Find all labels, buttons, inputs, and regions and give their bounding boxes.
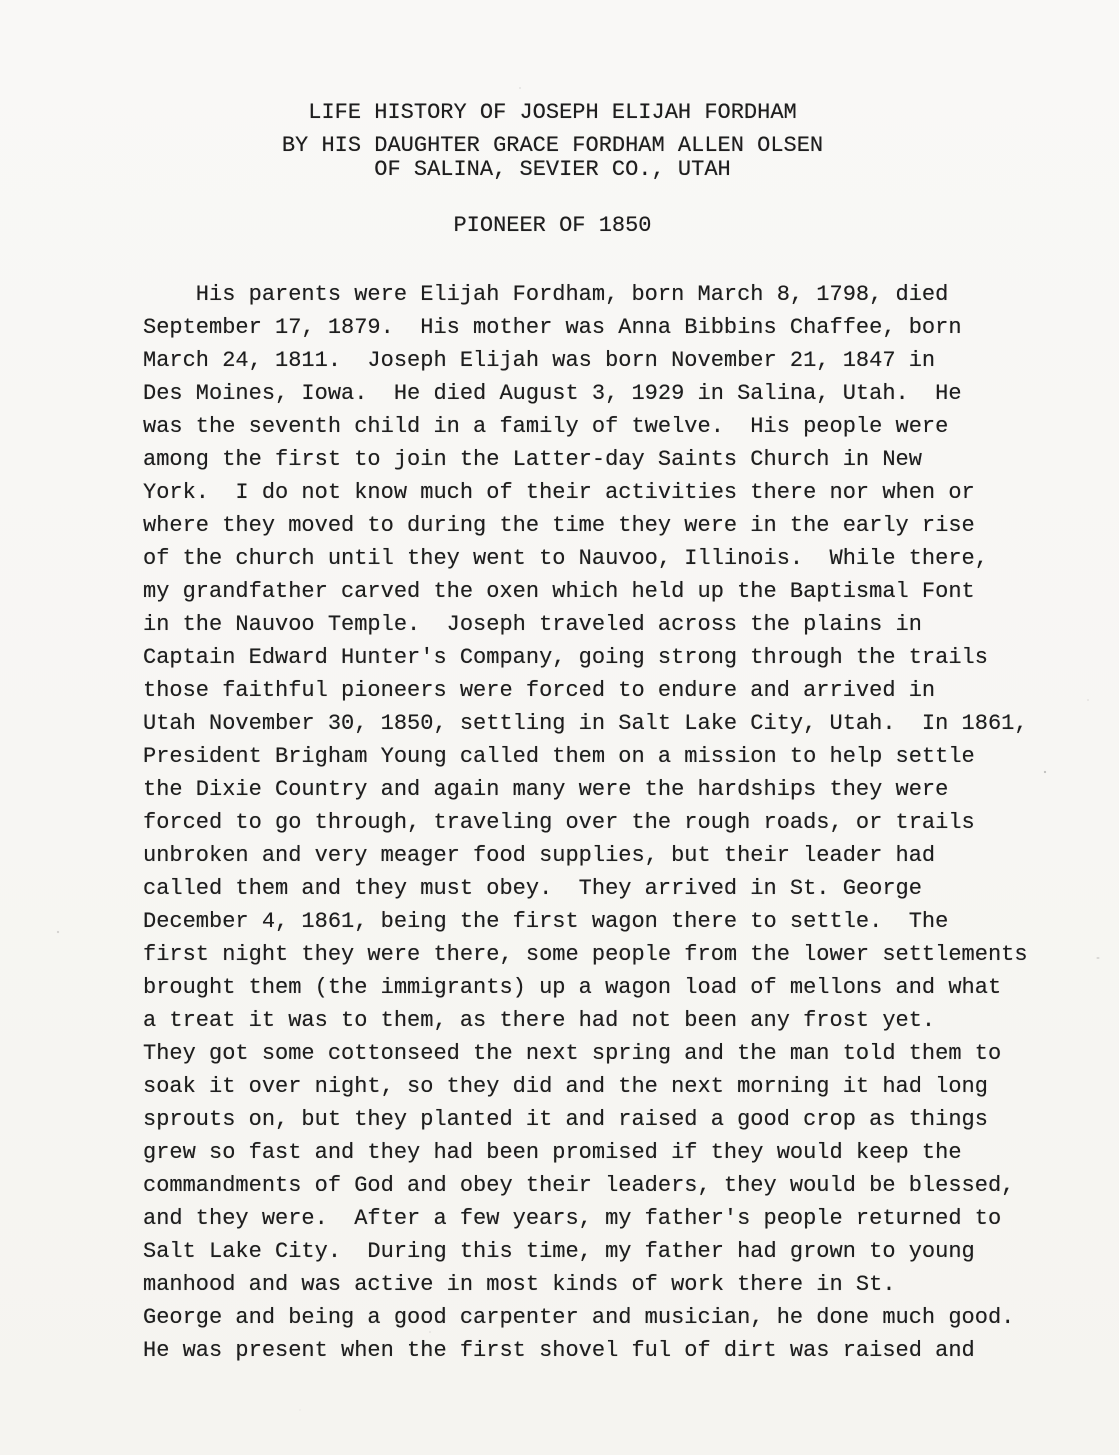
- document-location-line: OF SALINA, SEVIER CO., UTAH: [0, 153, 1105, 186]
- body-line: Des Moines, Iowa. He died August 3, 1929…: [143, 377, 1119, 410]
- body-line: first night they were there, some people…: [143, 938, 1119, 971]
- document-page: LIFE HISTORY OF JOSEPH ELIJAH FORDHAM BY…: [0, 0, 1119, 1455]
- body-line: called them and they must obey. They arr…: [143, 872, 1119, 905]
- body-line: York. I do not know much of their activi…: [143, 476, 1119, 509]
- body-line: grew so fast and they had been promised …: [143, 1136, 1119, 1169]
- body-line: Captain Edward Hunter's Company, going s…: [143, 641, 1119, 674]
- body-line: September 17, 1879. His mother was Anna …: [143, 311, 1119, 344]
- body-line: brought them (the immigrants) up a wagon…: [143, 971, 1119, 1004]
- body-line: the Dixie Country and again many were th…: [143, 773, 1119, 806]
- body-line: forced to go through, traveling over the…: [143, 806, 1119, 839]
- body-line: December 4, 1861, being the first wagon …: [143, 905, 1119, 938]
- body-line: those faithful pioneers were forced to e…: [143, 674, 1119, 707]
- body-line: was the seventh child in a family of twe…: [143, 410, 1119, 443]
- body-line: sprouts on, but they planted it and rais…: [143, 1103, 1119, 1136]
- body-line: and they were. After a few years, my fat…: [143, 1202, 1119, 1235]
- body-line: soak it over night, so they did and the …: [143, 1070, 1119, 1103]
- body-line: commandments of God and obey their leade…: [143, 1169, 1119, 1202]
- body-line: He was present when the first shovel ful…: [143, 1334, 1119, 1367]
- body-line: His parents were Elijah Fordham, born Ma…: [143, 278, 1119, 311]
- body-line: Salt Lake City. During this time, my fat…: [143, 1235, 1119, 1268]
- body-line: President Brigham Young called them on a…: [143, 740, 1119, 773]
- body-line: They got some cottonseed the next spring…: [143, 1037, 1119, 1070]
- body-line: manhood and was active in most kinds of …: [143, 1268, 1119, 1301]
- body-text: His parents were Elijah Fordham, born Ma…: [0, 278, 1119, 1367]
- body-line: in the Nauvoo Temple. Joseph traveled ac…: [143, 608, 1119, 641]
- body-line: of the church until they went to Nauvoo,…: [143, 542, 1119, 575]
- body-line: a treat it was to them, as there had not…: [143, 1004, 1119, 1037]
- body-line: unbroken and very meager food supplies, …: [143, 839, 1119, 872]
- body-line: Utah November 30, 1850, settling in Salt…: [143, 707, 1119, 740]
- body-line: where they moved to during the time they…: [143, 509, 1119, 542]
- body-line: March 24, 1811. Joseph Elijah was born N…: [143, 344, 1119, 377]
- body-line: among the first to join the Latter-day S…: [143, 443, 1119, 476]
- document-title: LIFE HISTORY OF JOSEPH ELIJAH FORDHAM: [0, 96, 1105, 129]
- body-line: my grandfather carved the oxen which hel…: [143, 575, 1119, 608]
- body-line: George and being a good carpenter and mu…: [143, 1301, 1119, 1334]
- document-subtitle: PIONEER OF 1850: [0, 209, 1119, 242]
- document-header: LIFE HISTORY OF JOSEPH ELIJAH FORDHAM BY…: [0, 0, 1119, 186]
